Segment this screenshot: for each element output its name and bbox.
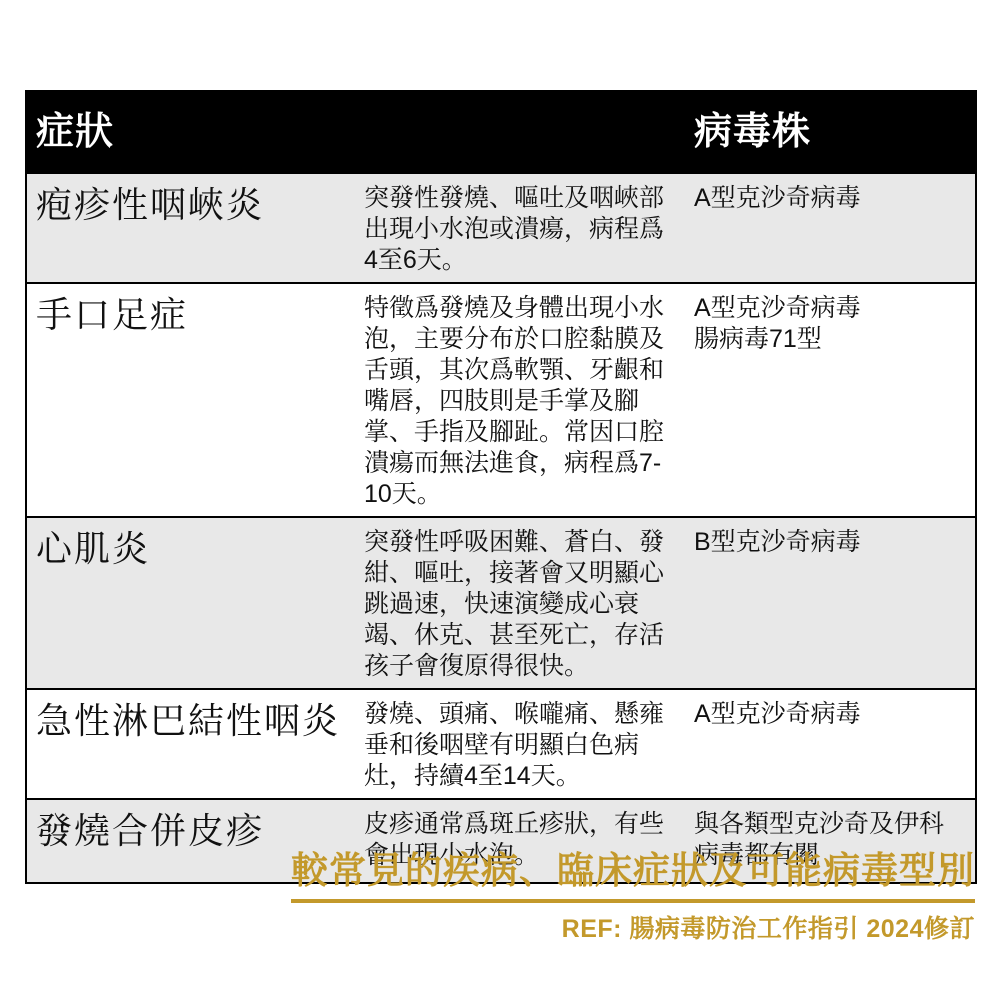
table-row: 心肌炎 突發性呼吸困難、蒼白、發紺、嘔吐，接著會又明顯心跳過速，快速演變成心衰竭… <box>27 516 975 688</box>
symptom-description: 特徵爲發燒及身體出現小水泡，主要分布於口腔黏膜及舌頭，其次爲軟顎、牙齦和嘴唇，四… <box>355 284 685 516</box>
disease-name: 疱疹性咽峽炎 <box>27 174 355 282</box>
table-row: 疱疹性咽峽炎 突發性發燒、嘔吐及咽峽部出現小水泡或潰瘍，病程爲4至6天。 A型克… <box>27 172 975 282</box>
table-row: 手口足症 特徵爲發燒及身體出現小水泡，主要分布於口腔黏膜及舌頭，其次爲軟顎、牙齦… <box>27 282 975 516</box>
virus-strain-line: A型克沙奇病毒 <box>694 293 965 324</box>
virus-strain-line: A型克沙奇病毒 <box>694 699 965 730</box>
header-symptom-column: 症狀 <box>27 92 355 172</box>
virus-strain: B型克沙奇病毒 <box>685 518 975 688</box>
virus-strain-line: B型克沙奇病毒 <box>694 527 965 558</box>
symptom-description: 發燒、頭痛、喉嚨痛、懸雍垂和後咽壁有明顯白色病灶，持續4至14天。 <box>355 690 685 798</box>
virus-strain: A型克沙奇病毒 腸病毒71型 <box>685 284 975 516</box>
caption-reference: REF: 腸病毒防治工作指引 2024修訂 <box>291 909 975 945</box>
header-spacer <box>355 92 685 172</box>
disease-name: 心肌炎 <box>27 518 355 688</box>
symptom-description: 突發性呼吸困難、蒼白、發紺、嘔吐，接著會又明顯心跳過速，快速演變成心衰竭、休克、… <box>355 518 685 688</box>
header-virus-column: 病毒株 <box>685 92 975 172</box>
virus-strain: A型克沙奇病毒 <box>685 174 975 282</box>
caption-block: 較常見的疾病、臨床症狀及可能病毒型別 REF: 腸病毒防治工作指引 2024修訂 <box>291 840 975 945</box>
disease-name: 急性淋巴結性咽炎 <box>27 690 355 798</box>
virus-strain-line: 腸病毒71型 <box>694 324 965 355</box>
virus-strain-line: A型克沙奇病毒 <box>694 183 965 214</box>
virus-strain: A型克沙奇病毒 <box>685 690 975 798</box>
table-row: 急性淋巴結性咽炎 發燒、頭痛、喉嚨痛、懸雍垂和後咽壁有明顯白色病灶，持續4至14… <box>27 688 975 798</box>
page: 症狀 病毒株 疱疹性咽峽炎 突發性發燒、嘔吐及咽峽部出現小水泡或潰瘍，病程爲4至… <box>0 0 1002 1003</box>
table-header-row: 症狀 病毒株 <box>27 92 975 172</box>
symptom-description: 突發性發燒、嘔吐及咽峽部出現小水泡或潰瘍，病程爲4至6天。 <box>355 174 685 282</box>
disease-name: 手口足症 <box>27 284 355 516</box>
table-body: 疱疹性咽峽炎 突發性發燒、嘔吐及咽峽部出現小水泡或潰瘍，病程爲4至6天。 A型克… <box>27 172 975 882</box>
disease-table: 症狀 病毒株 疱疹性咽峽炎 突發性發燒、嘔吐及咽峽部出現小水泡或潰瘍，病程爲4至… <box>25 90 977 884</box>
caption-title: 較常見的疾病、臨床症狀及可能病毒型別 <box>291 840 975 903</box>
